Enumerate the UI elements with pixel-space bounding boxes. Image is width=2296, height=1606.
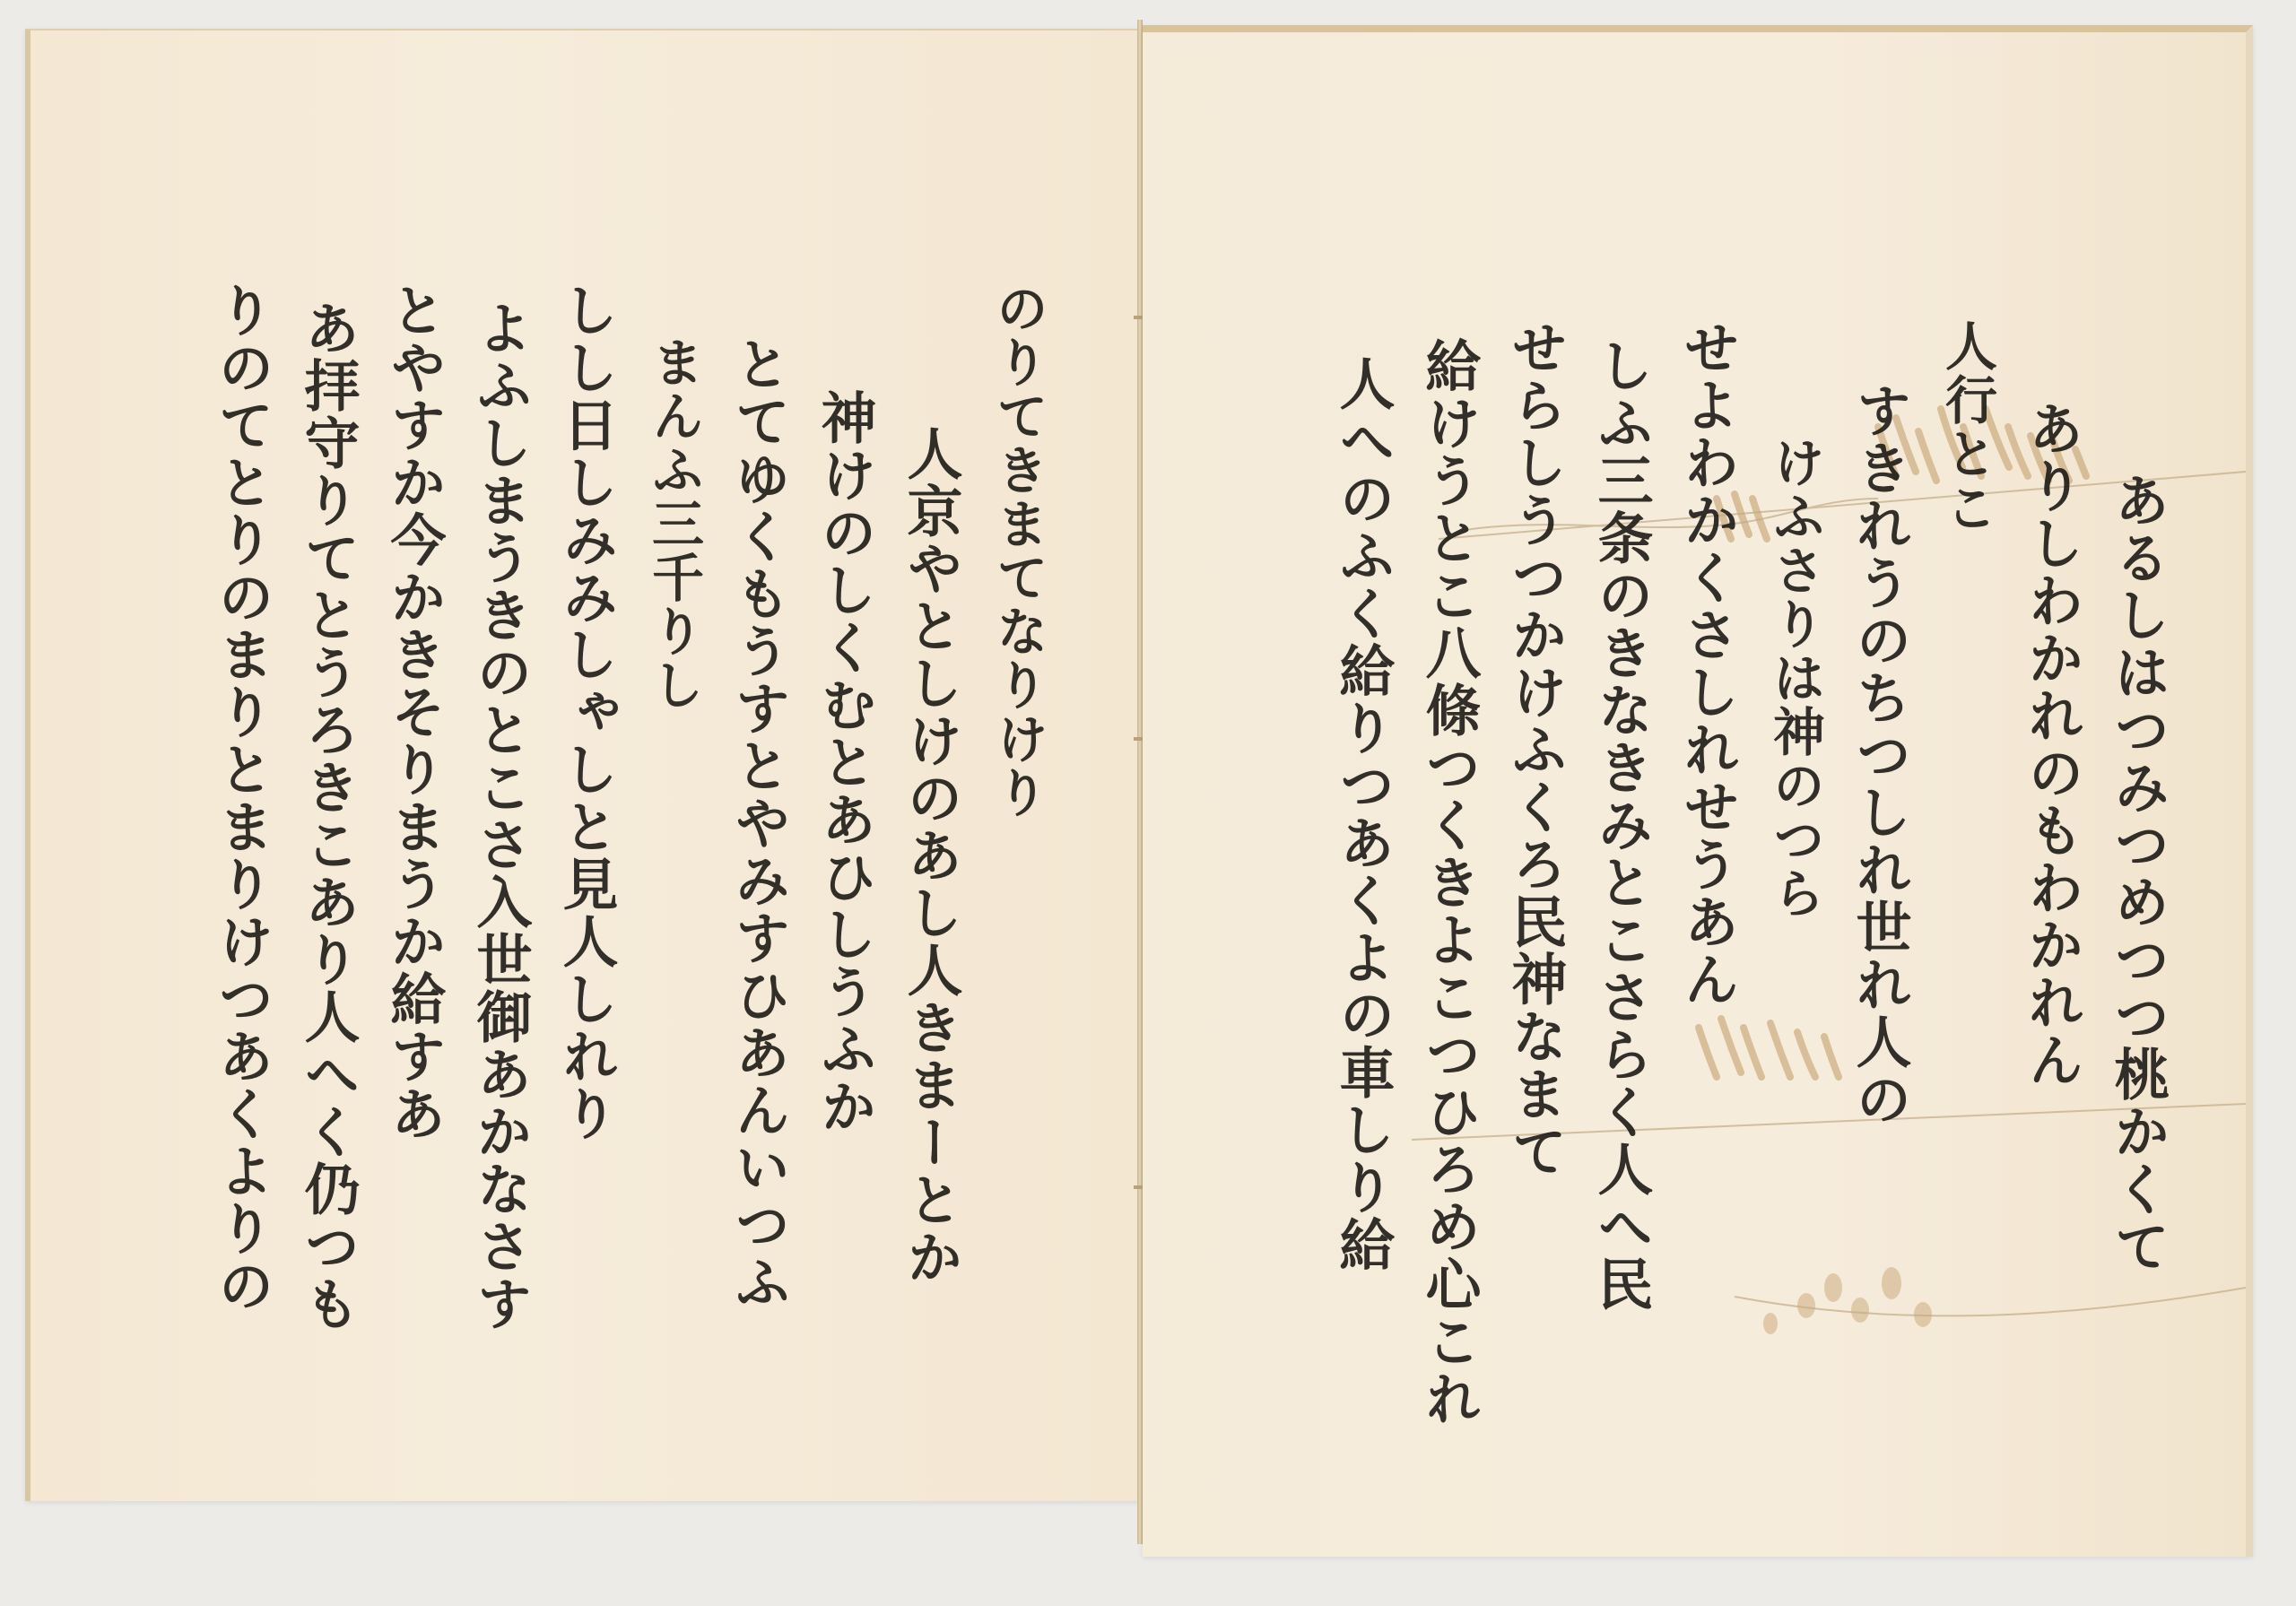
text-column: 人行とこ xyxy=(1907,319,1993,1428)
text-column: あ拝守りてとうろきこあり人へく仍つも xyxy=(269,299,355,1333)
text-column: 神けのしくむとあひしうふか xyxy=(786,389,872,1333)
text-column: 人へのふく給りつあくよの車しり給 xyxy=(1304,355,1390,1428)
open-book: のりてきまてなりけり 人京やとしけのあし人きまーとか 神けのしくむとあひしうふか… xyxy=(25,20,2274,1564)
left-page-text: のりてきまてなりけり 人京やとしけのあし人きまーとか 神けのしくむとあひしうふか… xyxy=(183,282,1044,1333)
text-column: ありしわかれのもわかれん xyxy=(1993,400,2079,1428)
right-page: あるしはつみつめつつ桃かくて ありしわかれのもわかれん 人行とこ すきれうのちつ… xyxy=(1143,25,2253,1557)
right-page-text: あるしはつみつめつつ桃かくて ありしわかれのもわかれん 人行とこ すきれうのちつ… xyxy=(1304,283,2165,1428)
text-column: 人京やとしけのあし人きまーとか xyxy=(872,425,958,1333)
text-column: のりてきまてなりけり xyxy=(958,282,1044,1333)
left-page: のりてきまてなりけり 人京やとしけのあし人きまーとか 神けのしくむとあひしうふか… xyxy=(25,29,1143,1501)
text-column: せらしうつかけふくろ民神なまて xyxy=(1476,319,1562,1428)
text-column: あるしはつみつめつつ桃かくて xyxy=(2079,472,2165,1428)
text-column: りのてとりのまりとまりけつあくよりの xyxy=(183,282,269,1333)
text-column: 給けうとこ八條つくきよこつひろめ心これ xyxy=(1390,337,1476,1428)
text-column: まんふ三千りし xyxy=(613,335,700,1333)
text-column: よふしまうきのとこさ入世御あかなさす xyxy=(441,299,527,1333)
text-column: せよわかくさしれせうあん xyxy=(1648,319,1735,1428)
text-column: しふ三条のきなきみとこさらく人へ民 xyxy=(1562,337,1648,1428)
text-column: けふさりは神のつら xyxy=(1735,436,1821,1428)
text-column: すきれうのちつしれ世れ人の xyxy=(1821,382,1907,1428)
text-column: しし日しみみしゃしと見人しれり xyxy=(527,282,613,1333)
text-column: とてゆくもうすとやみすひあんいつふ xyxy=(700,335,786,1333)
text-column: とやすか今かきそりまうか給すあ xyxy=(355,282,441,1333)
